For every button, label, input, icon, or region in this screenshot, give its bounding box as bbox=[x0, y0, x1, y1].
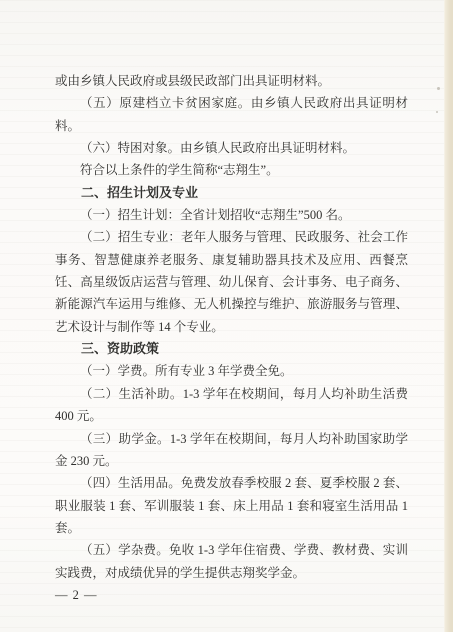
paragraph: （三）助学金。1-3 学年在校期间，每月人均补助国家助学金 230 元。 bbox=[55, 428, 408, 473]
section-heading: 三、资助政策 bbox=[55, 338, 408, 360]
paragraph: （五）原建档立卡贫困家庭。由乡镇人民政府出具证明材料。 bbox=[55, 92, 408, 137]
scan-edge-strip bbox=[444, 0, 453, 632]
scan-speck bbox=[437, 87, 440, 90]
paragraph: （二）招生专业：老年人服务与管理、民政服务、社会工作事务、智慧健康养老服务、康复… bbox=[55, 226, 408, 338]
paragraph: （四）生活用品。免费发放春季校服 2 套、夏季校服 2 套、职业服装 1 套、军… bbox=[55, 472, 408, 539]
paragraph: （五）学杂费。免收 1-3 学年住宿费、学费、教材费、实训实践费，对成绩优异的学… bbox=[55, 539, 408, 584]
document-body: 或由乡镇人民政府或县级民政部门出具证明材料。（五）原建档立卡贫困家庭。由乡镇人民… bbox=[55, 70, 408, 606]
scanned-document-page: 或由乡镇人民政府或县级民政部门出具证明材料。（五）原建档立卡贫困家庭。由乡镇人民… bbox=[0, 0, 453, 632]
paragraph: （二）生活补助。1-3 学年在校期间，每月人均补助生活费 400 元。 bbox=[55, 383, 408, 428]
paragraph: （六）特困对象。由乡镇人民政府出具证明材料。 bbox=[55, 137, 408, 159]
section-heading: 二、招生计划及专业 bbox=[55, 182, 408, 204]
scan-speck bbox=[436, 111, 438, 113]
page-number: — 2 — bbox=[55, 584, 408, 606]
paragraph: （一）招生计划：全省计划招收“志翔生”500 名。 bbox=[55, 204, 408, 226]
paragraph: 符合以上条件的学生简称“志翔生”。 bbox=[55, 159, 408, 181]
paragraph: （一）学费。所有专业 3 年学费全免。 bbox=[55, 360, 408, 382]
paragraph: 或由乡镇人民政府或县级民政部门出具证明材料。 bbox=[55, 70, 408, 92]
